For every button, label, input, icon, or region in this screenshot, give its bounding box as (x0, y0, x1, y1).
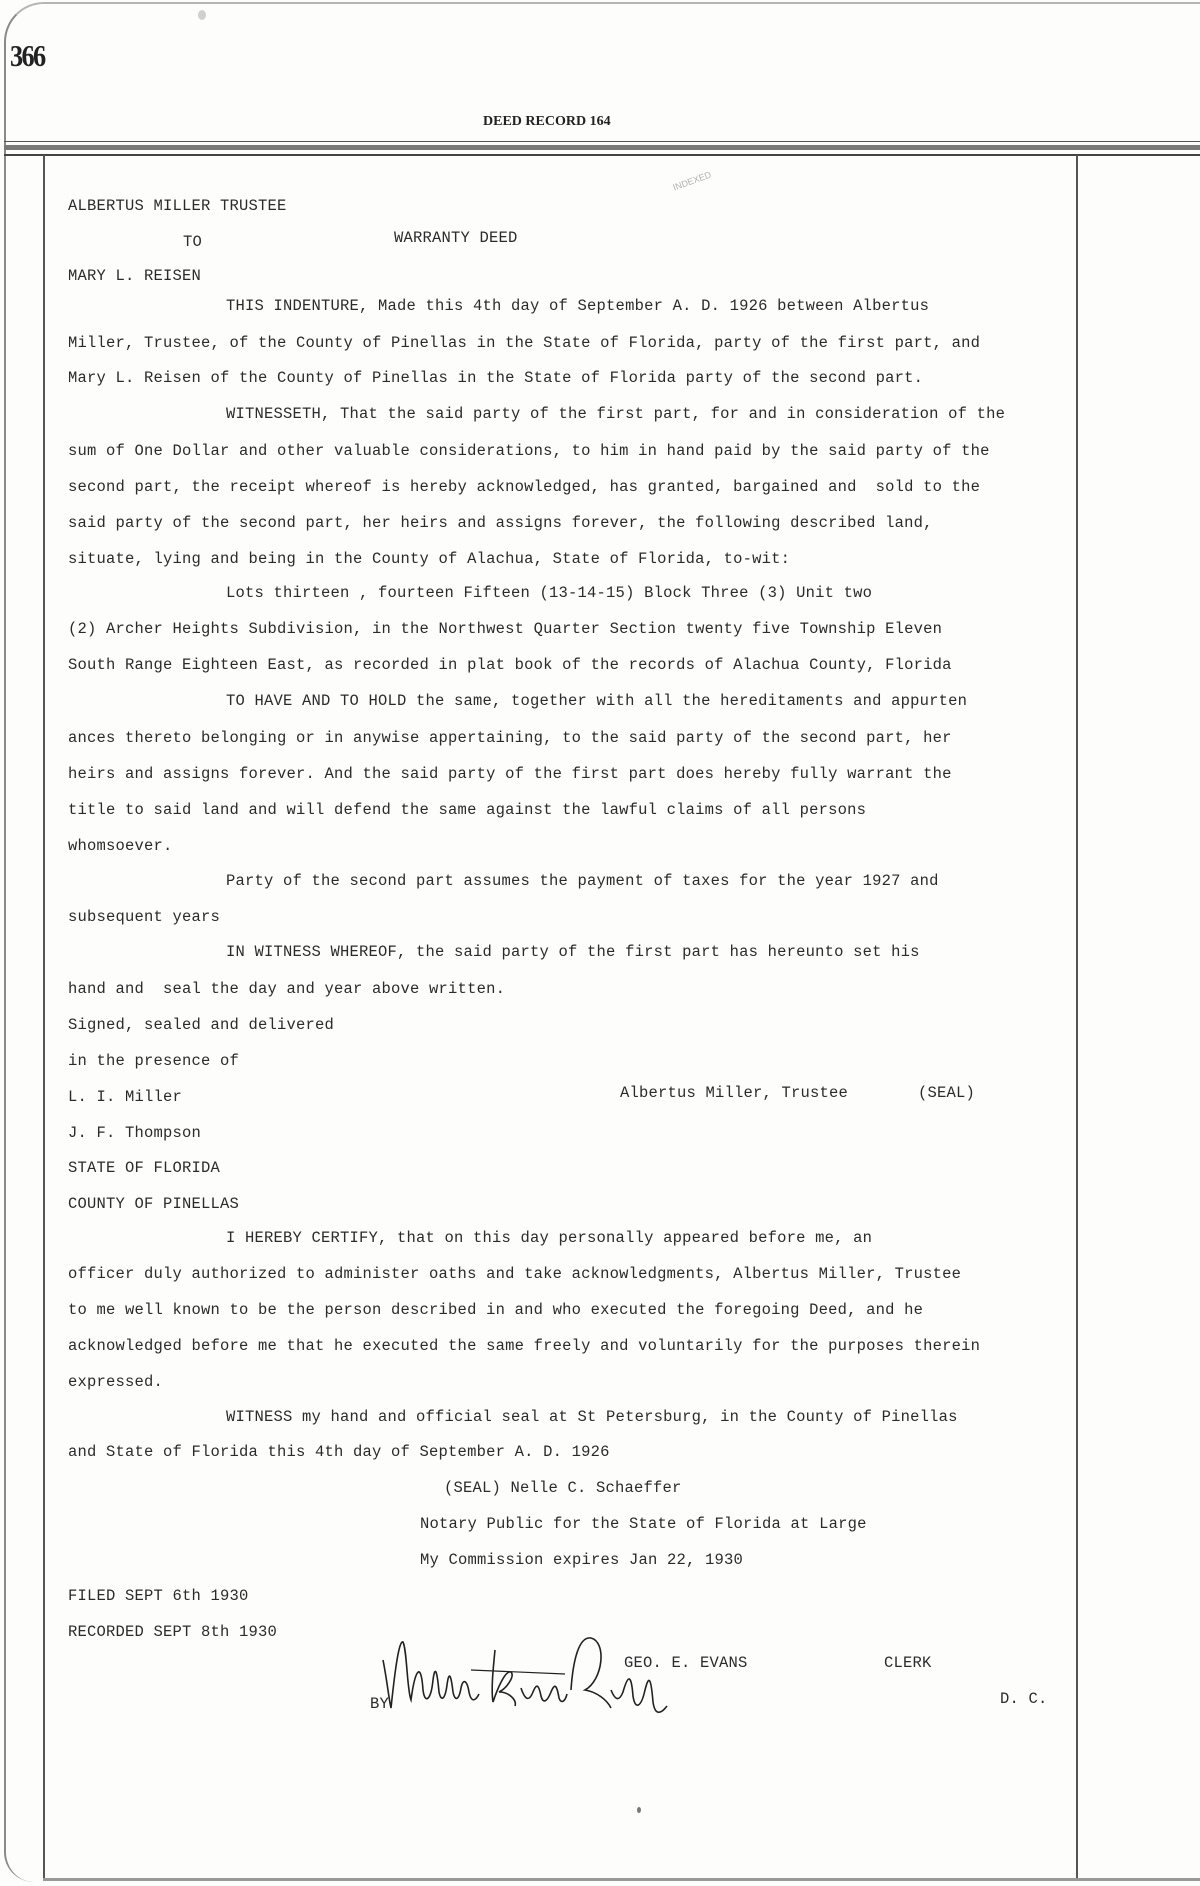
recorded-date: RECORDED SEPT 8th 1930 (68, 1623, 277, 1641)
bottom-rule (43, 1878, 1200, 1881)
body-line: situate, lying and being in the County o… (68, 550, 790, 568)
record-title: DEED RECORD 164 (483, 114, 611, 130)
presence-line: in the presence of (68, 1052, 239, 1070)
body-line: WITNESSETH, That the said party of the f… (226, 405, 1005, 423)
body-line: IN WITNESS WHEREOF, the said party of th… (226, 943, 920, 961)
ack-line: to me well known to be the person descri… (68, 1301, 923, 1319)
body-line: heirs and assigns forever. And the said … (68, 765, 952, 783)
ack-line: and State of Florida this 4th day of Sep… (68, 1443, 610, 1461)
clerk-title: CLERK (884, 1654, 932, 1672)
body-line: second part, the receipt whereof is here… (68, 478, 980, 496)
ack-line: expressed. (68, 1373, 163, 1391)
paper-speck (198, 10, 206, 20)
filed-date: FILED SEPT 6th 1930 (68, 1587, 249, 1605)
deputy-clerk-label: D. C. (1000, 1690, 1048, 1708)
notary-name: (SEAL) Nelle C. Schaeffer (444, 1479, 682, 1497)
grantee-name: MARY L. REISEN (68, 267, 201, 285)
right-margin-rule (1076, 155, 1078, 1880)
ack-line: WITNESS my hand and official seal at St … (226, 1408, 958, 1426)
body-line: Mary L. Reisen of the County of Pinellas… (68, 369, 923, 387)
ack-line: officer duly authorized to administer oa… (68, 1265, 961, 1283)
header-rule-thick (4, 145, 1200, 150)
signed-sealed-line: Signed, sealed and delivered (68, 1016, 334, 1034)
venue-county: COUNTY OF PINELLAS (68, 1195, 239, 1213)
grantor-name: ALBERTUS MILLER TRUSTEE (68, 197, 287, 215)
page-number: 366 (10, 38, 44, 74)
notary-commission: My Commission expires Jan 22, 1930 (420, 1551, 743, 1569)
body-line: hand and seal the day and year above wri… (68, 980, 505, 998)
body-line: ances thereto belonging or in anywise ap… (68, 729, 952, 747)
seal-label: (SEAL) (918, 1084, 975, 1102)
header-rule-thin-bottom (4, 154, 1200, 156)
paper-speck (637, 1807, 641, 1813)
notary-title: Notary Public for the State of Florida a… (420, 1515, 867, 1533)
witness-2: J. F. Thompson (68, 1124, 201, 1142)
venue-state: STATE OF FLORIDA (68, 1159, 220, 1177)
body-line: TO HAVE AND TO HOLD the same, together w… (226, 692, 967, 710)
instrument-type: WARRANTY DEED (394, 229, 518, 247)
body-line: Miller, Trustee, of the County of Pinell… (68, 334, 980, 352)
body-line: Lots thirteen , fourteen Fifteen (13-14-… (226, 584, 872, 602)
ack-line: acknowledged before me that he executed … (68, 1337, 980, 1355)
body-line: subsequent years (68, 908, 220, 926)
header-rule-thin-top (4, 141, 1200, 142)
body-line: title to said land and will defend the s… (68, 801, 866, 819)
body-line: (2) Archer Heights Subdivision, in the N… (68, 620, 942, 638)
ack-line: I HEREBY CERTIFY, that on this day perso… (226, 1229, 872, 1247)
handwritten-signature (375, 1630, 735, 1720)
grantor-signature: Albertus Miller, Trustee (620, 1084, 848, 1102)
body-line: Party of the second part assumes the pay… (226, 872, 939, 890)
body-line: whomsoever. (68, 837, 173, 855)
body-line: South Range Eighteen East, as recorded i… (68, 656, 952, 674)
body-line: sum of One Dollar and other valuable con… (68, 442, 990, 460)
left-margin-rule (43, 155, 45, 1880)
witness-1: L. I. Miller (68, 1088, 182, 1106)
body-line: THIS INDENTURE, Made this 4th day of Sep… (226, 297, 929, 315)
body-line: said party of the second part, her heirs… (68, 514, 933, 532)
to-label: TO (183, 233, 202, 251)
